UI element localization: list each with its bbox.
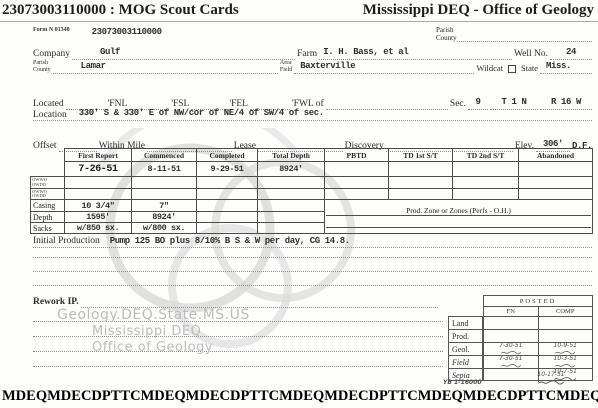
field-value: Baxterville [294, 61, 355, 71]
footer-item: MDECD [47, 388, 102, 405]
blank-line [33, 257, 592, 258]
footer-item: MDEQ [279, 388, 324, 405]
footer-item: MDEQ [2, 388, 47, 405]
footer-item: PTTC [102, 388, 141, 405]
owwo-owdd-label: OWWOOWDD [31, 189, 65, 200]
blank-line [33, 271, 592, 272]
footer-item: PTTC [379, 388, 418, 405]
prod-zone-box: Prod. Zone or Zones (Perfs - O.H.) [325, 200, 593, 234]
table-row: 7-26-51 8-11-51 9-29-51 8924' [31, 162, 593, 177]
footer-item: MDECD [324, 388, 379, 405]
depth-1-value: 1595' [86, 212, 110, 222]
watermark-agency: Mississippi DEQ [92, 324, 201, 339]
blank-line [33, 285, 592, 286]
col-completed: Completed [197, 149, 258, 162]
sacks-2-value: w/800 sx. [143, 223, 185, 233]
footer-item: MDECD [463, 388, 518, 405]
field-fn-date: 7-30-51 [499, 356, 522, 363]
casing-2-value: 7" [159, 201, 168, 211]
initial-production-value: Pump 125 BO plus 8/10% B S & W per day, … [102, 236, 350, 247]
form-number-label: Form N 01348 [33, 27, 70, 33]
field-value-line: Baxterville [294, 55, 474, 74]
sacks-label: Sacks [31, 223, 65, 234]
parish-county-blank-field: Parish County [412, 26, 592, 42]
total-depth-value: 8924' [279, 164, 303, 174]
page-title: 23073003110000 : MOG Scout Cards [2, 2, 239, 19]
state-value: Miss. [540, 61, 571, 71]
col-total-depth: Total Depth [258, 149, 325, 162]
initial-production-label: Initial Production [33, 236, 100, 247]
footer-item: MDEQ [141, 388, 186, 405]
posted-label-land: Land [449, 317, 482, 330]
well-history-table: First Report Commenced Completed Total D… [30, 148, 593, 234]
location-value-line: 330' S & 330' E of NW/cor of NE/4 of SW/… [69, 102, 592, 121]
header-divider [0, 21, 598, 22]
form-number-row: Form N 01348 23073003110000 [33, 27, 162, 37]
geol-comp-date: 10-9-51 [554, 343, 577, 350]
footer-item: MDEQ [418, 388, 463, 405]
field-comp-date: 10-3-51 [554, 356, 577, 363]
signature-scribble-icon [551, 363, 579, 368]
bottom-date-value: 10-17-51 [537, 372, 564, 379]
table-header-row: First Report Commenced Completed Total D… [31, 149, 593, 162]
county-value-line: Lamar [53, 55, 278, 74]
table-row: OWWOOWDD [31, 189, 593, 200]
first-report-value: 7-26-51 [78, 164, 117, 175]
location-row: Location 330' S & 330' E of NW/cor of NE… [33, 102, 592, 121]
blank-line [33, 120, 592, 121]
watermark-url: Geology.DEQ.State.MS.US [57, 307, 250, 323]
parish-county-label: Parish County [33, 60, 51, 74]
posted-row-land [484, 317, 592, 330]
posted-row-field: 7-30-51 10-3-51 [484, 356, 592, 369]
api-number-value: 23073003110000 [92, 27, 162, 37]
signature-scribble-icon [551, 350, 579, 355]
footer-item: MDECD [186, 388, 241, 405]
col-abandoned: Abandoned [519, 149, 593, 162]
footer-item: PTTC [240, 388, 279, 405]
col-pbtd: PBTD [325, 149, 389, 162]
sacks-1-value: w/850 sx. [77, 223, 119, 233]
posted-label-prod: Prod. [449, 330, 482, 343]
signature-scribble-icon [497, 363, 525, 368]
state-label: State [521, 63, 538, 74]
area-field-label: Area Field [280, 60, 292, 74]
posted-row-prod [484, 330, 592, 343]
signature-scribble-icon [497, 350, 525, 355]
blank-line [33, 366, 443, 367]
yb-note: YB 1-16000 [443, 380, 482, 387]
posted-label-field: Field [449, 356, 482, 369]
completed-value: 9-29-51 [211, 164, 244, 174]
posted-col-fn: FN [484, 307, 538, 316]
wildcat-label: Wildcat [476, 63, 503, 74]
casing-row: Casing 10 3/4" 7" Prod. Zone or Zones (P… [31, 200, 593, 212]
table-row: OWWOOWDD [31, 177, 593, 189]
footer-banner: MDEQ MDECD PTTC MDEQ MDECD PTTC MDEQ MDE… [0, 388, 598, 405]
footer-item: MDEQ [556, 388, 598, 405]
depth-label: Depth [31, 212, 65, 223]
depth-2-value: 8924' [152, 212, 176, 222]
wildcat-checkbox [508, 65, 516, 73]
posted-row-labels: Land Prod. Geol. Field Sepia [448, 316, 483, 381]
col-td-1st: TD 1st S/T [389, 149, 453, 162]
posted-title: POSTED [484, 296, 592, 307]
geol-fn-date: 7-30-51 [499, 343, 522, 350]
prod-zone-blank-line [326, 216, 591, 228]
owwo-owdd-label: OWWOOWDD [31, 177, 65, 189]
footer-item: PTTC [518, 388, 557, 405]
col-td-2nd: TD 2nd S/T [453, 149, 519, 162]
parish-label: Parish [412, 26, 592, 34]
prod-zone-label: Prod. Zone or Zones (Perfs - O.H.) [326, 205, 591, 216]
posted-row-geol: 7-30-51 10-9-51 [484, 343, 592, 356]
signature-scribble-icon [536, 379, 566, 386]
posted-grid: POSTED FN COMP 7-30-51 10-9-51 7-30-51 1… [483, 295, 593, 381]
col-commenced: Commenced [132, 149, 197, 162]
county-value: Lamar [53, 61, 106, 71]
casing-label: Casing [31, 200, 65, 212]
posted-label-geol: Geol. [449, 343, 482, 356]
casing-1-value: 10 3/4" [82, 201, 115, 211]
col-first-report: First Report [65, 149, 132, 162]
commenced-value: 8-11-51 [148, 164, 181, 174]
state-value-line: Miss. [540, 55, 592, 74]
posted-table: Land Prod. Geol. Field Sepia POSTED FN C… [448, 295, 594, 382]
location-value: 330' S & 330' E of NW/cor of NE/4 of SW/… [69, 108, 324, 118]
posted-col-comp: COMP [538, 307, 593, 316]
agency-title: Mississippi DEQ - Office of Geology [363, 2, 594, 19]
initial-production-row: Initial Production Pump 125 BO plus 8/10… [33, 236, 592, 248]
watermark-office: Office of Geology [92, 340, 213, 355]
posted-header-row: FN COMP [484, 307, 592, 317]
posted-bottom-date: 10-17-51 [536, 372, 566, 386]
parish-area-row: Parish County Lamar Area Field Baxtervil… [33, 55, 592, 74]
